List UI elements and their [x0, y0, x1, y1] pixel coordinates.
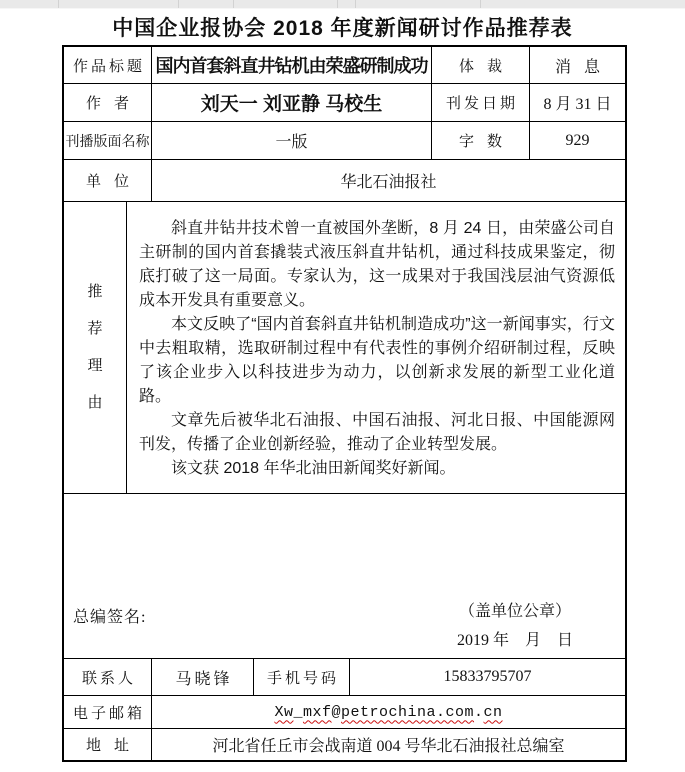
- email-part: _: [293, 704, 303, 721]
- address-label: 地址: [64, 729, 152, 760]
- seal-note: （盖单位公章）: [457, 597, 573, 626]
- reason-label-char: 推: [87, 274, 102, 311]
- work-title-value[interactable]: 国内首套斜直井钻机由荣盛研制成功: [152, 47, 432, 83]
- email-part: Xw: [274, 704, 293, 721]
- contact-label: 联系人: [64, 659, 152, 695]
- table-row: 地址 河北省任丘市会战南道 004 号华北石油报社总编室: [64, 729, 625, 760]
- table-row: 作者 刘天一 刘亚静 马校生 刊发日期 8 月 31 日: [64, 84, 625, 122]
- table-row: 刊播版面名称 一版 字数 929: [64, 122, 625, 160]
- work-title-label: 作品标题: [64, 47, 152, 83]
- recommendation-form-table: 作品标题 国内首套斜直井钻机由荣盛研制成功 体裁 消息 作者 刘天一 刘亚静 马…: [62, 45, 627, 762]
- reason-label-char: 理: [87, 348, 102, 385]
- unit-label: 单位: [64, 160, 152, 201]
- ruler-tick: [480, 0, 481, 8]
- email-label: 电子邮箱: [64, 696, 152, 728]
- email-part: mxf: [303, 704, 332, 721]
- email-value[interactable]: Xw_mxf@petrochina.com.cn: [152, 696, 625, 728]
- recommendation-reason-label: 推 荐 理 由: [64, 202, 127, 493]
- ruler-tick: [355, 0, 356, 8]
- author-value[interactable]: 刘天一 刘亚静 马校生: [152, 84, 432, 121]
- email-part: @: [331, 704, 341, 721]
- genre-value[interactable]: 消息: [530, 47, 625, 83]
- ruler-tick: [58, 0, 59, 8]
- reason-label-char: 由: [87, 385, 102, 422]
- contact-value[interactable]: 马晓锋: [152, 659, 254, 695]
- reason-paragraph[interactable]: 文章先后被华北石油报、中国石油报、河北日报、中国能源网刊发，传播了企业创新经验，…: [139, 409, 615, 457]
- page-top-ruler: [0, 0, 685, 9]
- unit-value[interactable]: 华北石油报社: [152, 160, 625, 201]
- signature-label: 总编签名:: [73, 604, 146, 627]
- seal-block: （盖单位公章） 2019 年 月 日: [457, 597, 573, 655]
- recommendation-reason-content[interactable]: 斜直井钻井技术曾一直被国外垄断，8 月 24 日，由荣盛公司自主研制的国内首套撬…: [127, 202, 625, 493]
- genre-label: 体裁: [432, 47, 530, 83]
- reason-paragraph[interactable]: 该文获 2018 年华北油田新闻奖好新闻。: [139, 457, 615, 481]
- publish-date-value[interactable]: 8 月 31 日: [530, 84, 625, 121]
- email-part: .: [474, 704, 484, 721]
- email-part: cn: [484, 704, 503, 721]
- chief-editor-signature-row[interactable]: 总编签名: （盖单位公章） 2019 年 月 日: [64, 494, 625, 659]
- date-line[interactable]: 2019 年 月 日: [457, 626, 573, 655]
- document-page: 中国企业报协会 2018 年度新闻研讨作品推荐表 作品标题 国内首套斜直井钻机由…: [0, 0, 685, 772]
- word-count-value[interactable]: 929: [530, 122, 625, 159]
- author-label: 作者: [64, 84, 152, 121]
- table-row: 单位 华北石油报社: [64, 160, 625, 202]
- mobile-label: 手机号码: [254, 659, 350, 695]
- reason-paragraph[interactable]: 斜直井钻井技术曾一直被国外垄断，8 月 24 日，由荣盛公司自主研制的国内首套撬…: [139, 217, 615, 313]
- publish-date-label: 刊发日期: [432, 84, 530, 121]
- recommendation-reason-row: 推 荐 理 由 斜直井钻井技术曾一直被国外垄断，8 月 24 日，由荣盛公司自主…: [64, 202, 625, 494]
- reason-label-char: 荐: [87, 311, 102, 348]
- reason-paragraph[interactable]: 本文反映了“国内首套斜直井钻机制造成功”这一新闻事实，行文中去粗取精，选取研制过…: [139, 313, 615, 409]
- ruler-tick: [337, 0, 338, 8]
- page-name-label: 刊播版面名称: [64, 122, 152, 159]
- mobile-value[interactable]: 15833795707: [350, 659, 625, 695]
- table-row: 联系人 马晓锋 手机号码 15833795707: [64, 659, 625, 696]
- ruler-tick: [233, 0, 234, 8]
- word-count-label: 字数: [432, 122, 530, 159]
- table-row: 作品标题 国内首套斜直井钻机由荣盛研制成功 体裁 消息: [64, 47, 625, 84]
- email-part: petrochina.com: [341, 704, 474, 721]
- page-name-value[interactable]: 一版: [152, 122, 432, 159]
- page-title: 中国企业报协会 2018 年度新闻研讨作品推荐表: [0, 12, 685, 42]
- ruler-tick: [178, 0, 179, 8]
- table-row: 电子邮箱 Xw_mxf@petrochina.com.cn: [64, 696, 625, 729]
- address-value[interactable]: 河北省任丘市会战南道 004 号华北石油报社总编室: [152, 729, 625, 760]
